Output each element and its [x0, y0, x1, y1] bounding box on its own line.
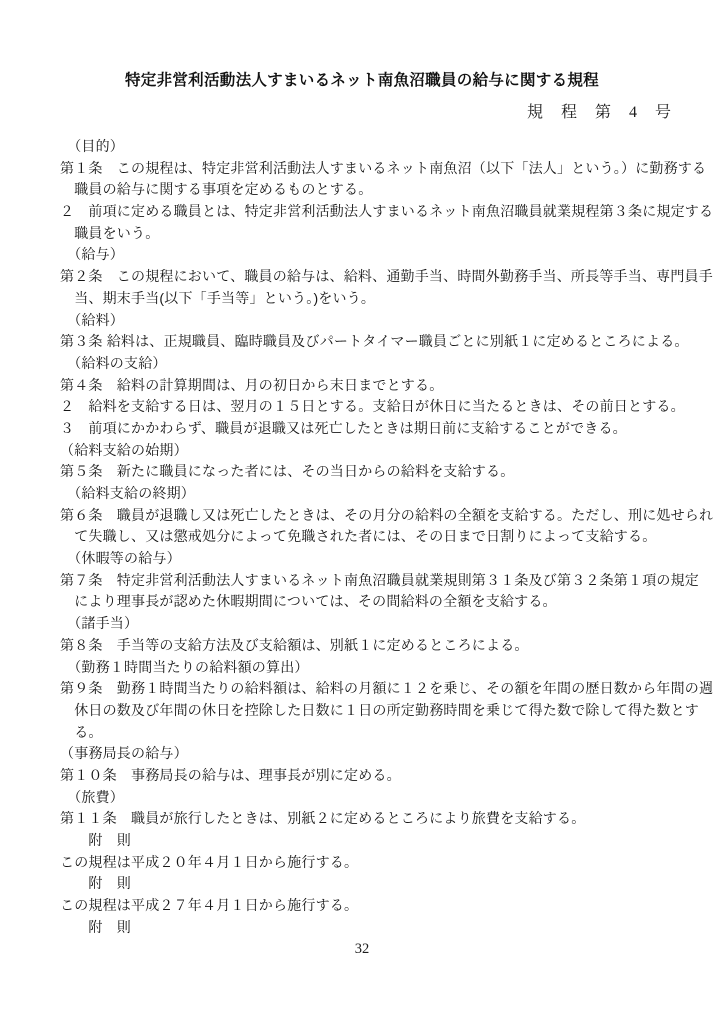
document-line: 第６条 職員が退職し又は死亡したときは、その月分の給料の全額を支給する。ただし、… — [60, 505, 688, 527]
document-line: ２ 給料を支給する日は、翌月の１５日とする。支給日が休日に当たるときは、その前日… — [60, 396, 688, 418]
document-line: 職員をいう。 — [60, 223, 688, 245]
document-line: （給料支給の終期） — [60, 483, 688, 505]
document-line: （事務局長の給与） — [60, 743, 688, 765]
document-line: 第７条 特定非営利活動法人すまいるネット南魚沼職員就業規則第３１条及び第３２条第… — [60, 570, 688, 592]
document-line: ３ 前項にかかわらず、職員が退職又は死亡したときは期日前に支給することができる。 — [60, 418, 688, 440]
document-line: 第１条 この規程は、特定非営利活動法人すまいるネット南魚沼（以下「法人」という。… — [60, 158, 688, 180]
document-line: 第８条 手当等の支給方法及び支給額は、別紙１に定めるところによる。 — [60, 635, 688, 657]
document-line: 第５条 新たに職員になった者には、その当日からの給料を支給する。 — [60, 461, 688, 483]
document-line: この規程は平成２０年４月１日から施行する。 — [60, 852, 688, 874]
document-line: る。 — [60, 722, 688, 744]
document-line: （給料の支給） — [60, 353, 688, 375]
document-line: 第４条 給料の計算期間は、月の初日から末日までとする。 — [60, 375, 688, 397]
document-line: 当、期末手当(以下「手当等」という。)をいう。 — [60, 288, 688, 310]
document-line: （給料） — [60, 310, 688, 332]
document-line: 第３条 給料は、正規職員、臨時職員及びパートタイマー職員ごとに別紙１に定めるとこ… — [60, 331, 688, 353]
document-body: （目的）第１条 この規程は、特定非営利活動法人すまいるネット南魚沼（以下「法人」… — [60, 136, 688, 938]
page-number: 32 — [0, 941, 724, 958]
document-page: 特定非営利活動法人すまいるネット南魚沼職員の給与に関する規程 規 程 第 4 号… — [0, 0, 724, 1024]
document-line: 休日の数及び年間の休日を控除した日数に１日の所定勤務時間を乗じて得た数で除して得… — [60, 700, 688, 722]
document-line: （給料支給の始期） — [60, 440, 688, 462]
document-line: により理事長が認めた休暇期間については、その間給料の全額を支給する。 — [60, 591, 688, 613]
document-line: 第１０条 事務局長の給与は、理事長が別に定める。 — [60, 765, 688, 787]
document-line: 附 則 — [60, 917, 688, 939]
document-line: て失職し、又は懲戒処分によって免職された者には、その日まで日割りによって支給する… — [60, 526, 688, 548]
document-line: （勤務１時間当たりの給料額の算出） — [60, 657, 688, 679]
document-line: （給与） — [60, 244, 688, 266]
document-line: （目的） — [60, 136, 688, 158]
document-line: （旅費） — [60, 787, 688, 809]
document-title: 特定非営利活動法人すまいるネット南魚沼職員の給与に関する規程 — [0, 68, 724, 90]
document-line: 職員の給与に関する事項を定めるものとする。 — [60, 179, 688, 201]
document-line: 第１１条 職員が旅行したときは、別紙２に定めるところにより旅費を支給する。 — [60, 808, 688, 830]
document-line: 第９条 勤務１時間当たりの給料額は、給料の月額に１２を乗じ、その額を年間の歴日数… — [60, 678, 688, 700]
document-line: ２ 前項に定める職員とは、特定非営利活動法人すまいるネット南魚沼職員就業規程第３… — [60, 201, 688, 223]
document-line: （休暇等の給与） — [60, 548, 688, 570]
document-line: （諸手当） — [60, 613, 688, 635]
document-line: 附 則 — [60, 873, 688, 895]
document-line: この規程は平成２７年４月１日から施行する。 — [60, 895, 688, 917]
regulation-number: 規 程 第 4 号 — [527, 99, 672, 122]
document-line: 附 則 — [60, 830, 688, 852]
document-line: 第２条 この規程において、職員の給与は、給料、通勤手当、時間外勤務手当、所長等手… — [60, 266, 688, 288]
